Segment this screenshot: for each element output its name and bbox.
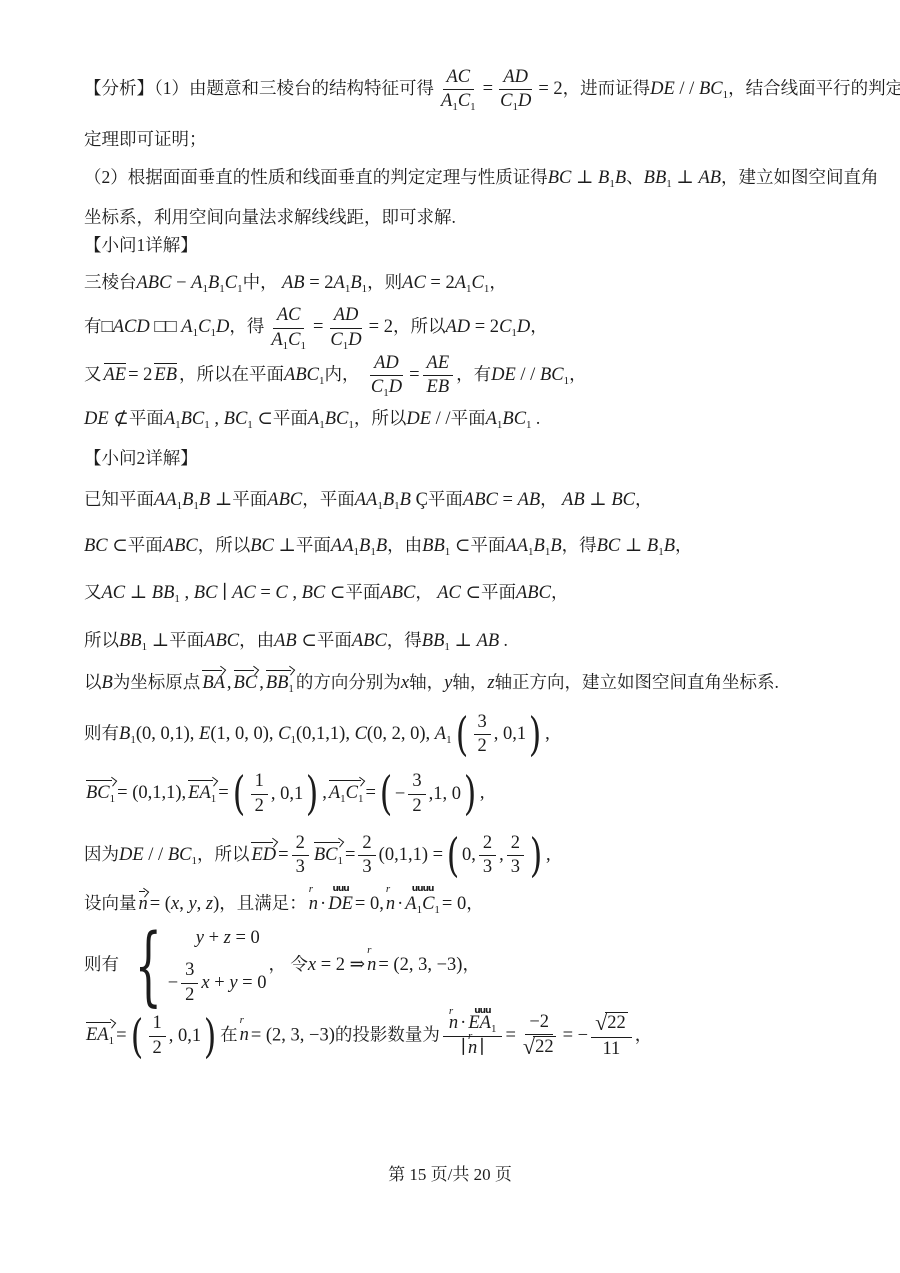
math-letters: B: [598, 168, 609, 188]
denominator: EB: [423, 376, 454, 398]
math-letters: ABC: [284, 365, 319, 385]
text: ，且满足：: [219, 893, 307, 913]
math-symbols: ·: [397, 894, 403, 914]
math-run: ,: [227, 673, 232, 693]
math-letters: ABC: [267, 490, 302, 510]
math-letters: BC: [250, 536, 274, 556]
math-letters: ACD: [113, 317, 150, 337]
text: 平面: [451, 408, 486, 428]
math-letters: C: [458, 91, 470, 111]
system-row: −32x + y = 0: [168, 960, 267, 1006]
subscript: 1: [211, 793, 217, 805]
math-letters: A: [455, 273, 466, 293]
vector-broken-uuur: uuuuA1C1: [405, 891, 440, 917]
vector-arrow-icon: [251, 838, 276, 847]
denominator: A1C1: [267, 329, 310, 351]
denominator: √22: [519, 1035, 560, 1060]
numerator: 2: [358, 833, 375, 856]
vector-base: EA1: [86, 1024, 114, 1044]
math-run: −2: [529, 1012, 549, 1032]
numerator: AD: [330, 305, 363, 328]
math-letters: C: [422, 894, 434, 914]
math-symbols: = −: [563, 1025, 589, 1045]
math-letters: A: [435, 724, 446, 744]
math-symbols: 3: [478, 712, 487, 732]
math-run: ·: [460, 1013, 466, 1033]
math-run: =: [116, 1025, 126, 1045]
text: 平面: [128, 535, 163, 555]
math-symbols: +: [204, 928, 224, 948]
sol2-line-2: BC ⊂平面ABC，所以BC ⊥平面AA1B1B，由BB1 ⊂平面AA1B1B，…: [84, 533, 860, 559]
text: ，则: [367, 272, 402, 292]
math-symbols: ⊥: [125, 583, 152, 603]
math-letters: n: [367, 955, 376, 975]
paren-content: 12, 0,1: [248, 771, 304, 817]
math-letters: A: [308, 409, 319, 429]
math-symbols: =: [409, 365, 419, 385]
math-letters: EB: [154, 365, 177, 385]
fraction: 32: [181, 960, 198, 1006]
math-letters: A: [191, 273, 202, 293]
math-symbols: = 2: [305, 273, 334, 293]
broken-arrow-r-icon: r: [309, 885, 318, 894]
math-letters: BC: [314, 845, 338, 865]
math-symbols: 1: [255, 771, 264, 791]
math-letters: B: [383, 490, 394, 510]
math-run: BC1: [314, 845, 343, 865]
fraction: ACA1C1: [267, 305, 310, 351]
vector: BB1: [266, 670, 294, 696]
text: ，所以: [198, 535, 251, 555]
math-run: 1: [153, 1013, 162, 1033]
math-letters: C: [346, 783, 358, 803]
math-letters: x: [401, 673, 409, 693]
vector-broken-r: rn: [386, 891, 395, 917]
subquestion-1-header: 【小问1详解】: [84, 233, 860, 258]
text: 在: [220, 1024, 238, 1044]
math-symbols: 2: [153, 1038, 162, 1058]
math-run: 2: [412, 796, 421, 816]
math-run: BC ⊥ B1B: [597, 536, 675, 556]
math-run: AE: [104, 365, 127, 385]
math-run: ABC: [204, 631, 239, 651]
close-paren: ): [530, 835, 543, 876]
math-symbols: ,: [227, 673, 232, 693]
math-run: BB1: [266, 673, 294, 693]
math-run: −: [168, 971, 178, 996]
vector-broken-r: rn: [449, 1013, 458, 1034]
math-letters: AB: [562, 490, 585, 510]
math-symbols: (0,1,1),: [296, 724, 355, 744]
vector: n: [139, 891, 148, 917]
sol2-line-7: BC1= (0,1,1),EA1=(12, 0,1),A1C1=(−32,1, …: [84, 771, 860, 817]
text: ，建立如图空间直角: [721, 167, 879, 187]
math-letters: AA: [505, 536, 528, 556]
math-letters: BC: [168, 845, 192, 865]
vector-arrow-icon: [234, 666, 258, 675]
math-run: (0,1,1) =: [379, 845, 443, 865]
math-symbols: =: [366, 783, 376, 803]
sol2-line-6: 则有B1(0, 0,1), E(1, 0, 0), C1(0,1,1), C(0…: [84, 712, 860, 758]
math-symbols: 3: [185, 960, 194, 980]
math-letters: BC: [325, 409, 349, 429]
numerator: −2: [525, 1012, 553, 1035]
math-letters: BC: [302, 583, 326, 603]
math-symbols: 3: [412, 771, 421, 791]
math-run: B: [102, 673, 113, 693]
math-letters: AC: [447, 67, 471, 87]
math-run: DE / / BC1: [650, 79, 728, 99]
math-run: B1(0, 0,1), E(1, 0, 0), C1(0,1,1), C(0, …: [119, 724, 452, 744]
text: ，: [675, 535, 693, 555]
text: 【小问2详解】: [84, 448, 198, 468]
math-letters: B: [664, 536, 675, 556]
math-run: BC ⊂: [84, 536, 128, 556]
text: ，: [462, 954, 480, 974]
math-letters: DE: [119, 845, 144, 865]
math-letters: E: [199, 724, 210, 744]
math-letters: BB: [422, 631, 445, 651]
text: ，得: [229, 316, 264, 336]
math-letters: x: [201, 973, 209, 993]
math-symbols: = 2: [128, 365, 152, 385]
math-letters: AE: [427, 353, 450, 373]
vector-base: DE: [328, 893, 353, 913]
math-letters: DE: [84, 409, 109, 429]
math-run: AC: [447, 67, 471, 87]
math-letters: AD: [374, 353, 399, 373]
math-symbols: 2: [511, 833, 520, 853]
math-run: 11: [602, 1039, 620, 1059]
paren-content: −32,1, 0: [395, 771, 461, 817]
text: ，: [569, 364, 587, 384]
text: ，: [635, 1024, 653, 1044]
math-run: = (2, 3, −3): [251, 1025, 335, 1045]
text: 【小问1详解】: [84, 235, 198, 255]
subscript: 1: [300, 340, 306, 352]
math-symbols: ∣: [217, 583, 232, 603]
math-run: AC ⊂: [437, 583, 481, 603]
math-run: ABC: [352, 631, 387, 651]
numerator: AC: [273, 305, 305, 328]
math-letters: C: [288, 330, 300, 350]
math-letters: BC: [597, 536, 621, 556]
text: 设向量: [84, 893, 137, 913]
math-run: , 0,1: [494, 722, 526, 747]
math-letters: y: [188, 894, 196, 914]
vector-base: n: [240, 1024, 249, 1044]
math-symbols: 3: [296, 857, 305, 877]
open-paren: (: [232, 773, 245, 814]
math-letters: C: [198, 317, 210, 337]
vector-base: n: [139, 893, 148, 913]
fraction: ADC1D: [326, 305, 365, 351]
text: 平面: [470, 535, 505, 555]
math-run: =: [505, 1025, 515, 1045]
vector-base: ED: [251, 844, 276, 864]
sol2-line-11: EA1=(12, 0,1)在rn= (2, 3, −3)的投影数量为rn·uuu…: [84, 1012, 860, 1061]
denominator: ∣rn∣: [457, 1037, 489, 1059]
math-run: DE / / BC1: [491, 365, 569, 385]
math-letters: C: [330, 330, 342, 350]
math-run: 2: [478, 736, 487, 756]
math-symbols: ,: [546, 845, 551, 865]
math-symbols: / /: [431, 409, 451, 429]
math-letters: ABC: [516, 583, 551, 603]
text: 的投影数量为: [335, 1024, 440, 1044]
math-letters: ABC: [463, 490, 498, 510]
text: ，: [530, 316, 548, 336]
math-run: EA1: [188, 783, 216, 803]
math-symbols: ⊄: [109, 409, 129, 429]
text: 定理即可证明；: [84, 129, 207, 149]
math-letters: BC: [540, 365, 564, 385]
math-letters: C: [500, 91, 512, 111]
math-run: DE / /: [406, 409, 450, 429]
math-run: DE ⊄: [84, 409, 129, 429]
system-rows: y + z = 0−32x + y = 0: [168, 926, 267, 1006]
vector-base: n: [386, 893, 395, 913]
math-letters: A: [271, 330, 282, 350]
math-run: = (2, 3, −3): [378, 955, 462, 975]
math-letters: n: [309, 894, 318, 914]
math-symbols: ⊥: [672, 168, 699, 188]
math-run: BC ⊥: [250, 536, 296, 556]
math-run: 3: [483, 857, 492, 877]
math-symbols: 2: [412, 796, 421, 816]
text: ，: [635, 489, 653, 509]
broken-arrow-r-icon: r: [240, 1016, 249, 1025]
math-letters: n: [139, 894, 148, 914]
text: 已知平面: [84, 489, 154, 509]
vector-broken-r: rn: [367, 952, 376, 978]
math-run: ,: [546, 845, 551, 865]
math-letters: BC: [699, 79, 723, 99]
denominator: 11: [598, 1038, 624, 1060]
paren-content: 12, 0,1: [146, 1013, 202, 1059]
math-symbols: 11: [602, 1039, 620, 1059]
math-symbols: = 0: [442, 894, 466, 914]
math-letters: C: [499, 317, 511, 337]
math-letters: C: [355, 724, 367, 744]
denominator: 2: [474, 735, 491, 757]
math-letters: ABC: [163, 536, 198, 556]
math-letters: AB: [698, 168, 721, 188]
square-root: √22: [523, 1036, 556, 1058]
math-symbols: , 0,1: [494, 724, 526, 744]
math-letters: AC: [277, 305, 301, 325]
math-letters: BC: [194, 583, 218, 603]
subscript: 1: [446, 734, 452, 746]
denominator: 3: [358, 856, 375, 878]
numerator: 3: [181, 960, 198, 983]
math-run: A1C1: [405, 894, 440, 914]
math-run: AD: [503, 67, 528, 87]
math-letters: D: [517, 317, 530, 337]
math-letters: B: [102, 673, 113, 693]
vector-arrow-icon: [188, 776, 216, 785]
math-letters: AE: [104, 365, 127, 385]
math-run: =: [345, 845, 355, 865]
math-run: ,: [480, 783, 485, 803]
fraction: 32: [408, 771, 425, 817]
math-letters: C: [371, 377, 383, 397]
math-symbols: =: [505, 1025, 515, 1045]
math-run: n: [240, 1025, 249, 1045]
math-letters: B: [647, 536, 658, 556]
brace-icon: {: [135, 930, 162, 1003]
fraction: 23: [292, 833, 309, 879]
math-run: , 0,1: [271, 782, 303, 807]
math-run: A1BC1: [486, 409, 532, 429]
math-symbols: 3: [483, 857, 492, 877]
math-run: n: [367, 955, 376, 975]
broken-arrow-r-icon: r: [449, 1007, 458, 1016]
radicand: 22: [533, 1036, 556, 1058]
math-symbols: (0,1,1) =: [379, 845, 443, 865]
math-symbols: ,: [180, 583, 194, 603]
vector-base: EA1: [188, 782, 216, 802]
math-run: = −: [563, 1025, 589, 1045]
math-letters: D: [348, 330, 361, 350]
text: 则有: [84, 954, 119, 974]
math-run: 0,: [462, 843, 476, 868]
denominator: 2: [149, 1037, 166, 1059]
fraction: 23: [358, 833, 375, 879]
denominator: 2: [408, 795, 425, 817]
math-symbols: −2: [529, 1012, 549, 1032]
math-run: ED: [251, 845, 276, 865]
vector-base: n: [309, 893, 318, 913]
math-run: z: [487, 673, 494, 693]
denominator: 2: [181, 984, 198, 1006]
math-letters: AB: [282, 273, 305, 293]
text: ， 令: [268, 954, 307, 974]
math-symbols: ⊥: [210, 490, 232, 510]
vector-arrow-icon: [329, 776, 364, 785]
math-run: BC ⊥ B1B: [548, 168, 626, 188]
math-symbols: 3: [362, 857, 371, 877]
numerator: 2: [292, 833, 309, 856]
close-paren: ): [306, 773, 319, 814]
math-run: , 0,1: [169, 1024, 201, 1049]
math-run: BC: [234, 673, 258, 693]
math-run: = 2: [538, 79, 562, 99]
math-symbols: = (0,1,1),: [117, 783, 186, 803]
math-letters: BC: [181, 409, 205, 429]
math-letters: AD: [334, 305, 359, 325]
denominator: C1D: [367, 376, 406, 398]
math-symbols: = 2: [369, 317, 393, 337]
open-paren: (: [447, 835, 460, 876]
math-run: 2: [296, 833, 305, 853]
parenthesized-group: (12, 0,1): [230, 771, 322, 817]
math-symbols: ,: [197, 894, 206, 914]
math-symbols: ·: [460, 1013, 466, 1033]
math-symbols: ⊥: [274, 536, 296, 556]
math-run: 3: [412, 771, 421, 791]
vector-base: EA1: [468, 1013, 496, 1033]
vector-base: BC: [234, 672, 258, 692]
text: ，: [466, 893, 484, 913]
math-symbols: 2: [296, 833, 305, 853]
math-letters: AC: [402, 273, 426, 293]
math-symbols: ,: [210, 409, 224, 429]
math-run: = (0,1,1),: [117, 783, 186, 803]
fraction: −2√22: [519, 1012, 560, 1061]
text: 平面: [317, 630, 352, 650]
text: ，所以在平面: [179, 364, 284, 384]
math-run: A1BC1 , BC1 ⊂: [164, 409, 273, 429]
radicand: 22: [605, 1012, 628, 1034]
math-letters: B: [359, 536, 370, 556]
math-symbols: 3: [511, 857, 520, 877]
math-symbols: ⊥: [571, 168, 598, 188]
document-page: 【分析】（1）由题意和三棱台的结构特征可得ACA1C1=ADC1D= 2，进而证…: [0, 0, 900, 1273]
math-letters: AA: [154, 490, 177, 510]
denominator: 2: [251, 795, 268, 817]
math-run: 3: [296, 857, 305, 877]
text: 平面: [273, 408, 308, 428]
math-run: AB = 2A1B1: [282, 273, 367, 293]
math-symbols: = 0: [231, 928, 260, 948]
text: 三棱台: [84, 272, 137, 292]
math-run: ABC1: [284, 365, 324, 385]
numerator: √22: [591, 1012, 632, 1038]
parenthesized-group: (−32,1, 0): [377, 771, 479, 817]
math-run: 3: [362, 857, 371, 877]
math-run: ·: [397, 894, 403, 914]
math-run: 2: [185, 985, 194, 1005]
text: 轴，: [409, 672, 444, 692]
math-symbols: , 0,1: [271, 784, 303, 804]
math-letters: AB: [274, 631, 297, 651]
text: 有: [84, 316, 102, 336]
math-symbols: 0,: [462, 845, 476, 865]
math-letters: C: [275, 583, 287, 603]
math-run: AB ⊂: [274, 631, 317, 651]
vector-base: A1C1: [405, 893, 440, 913]
math-letters: AB: [477, 631, 500, 651]
system-row: y + z = 0: [168, 926, 267, 951]
math-symbols: (0, 2, 0),: [367, 724, 435, 744]
math-run: BB1 ⊥: [119, 631, 169, 651]
text: 平面: [481, 582, 516, 602]
vector-arrow-icon: [266, 666, 294, 675]
text: .: [532, 408, 541, 428]
numerator: AD: [499, 67, 532, 90]
sol2-line-1: 已知平面AA1B1B ⊥平面ABC，平面AA1B1B Ç平面ABC = AB， …: [84, 487, 860, 513]
math-run: =: [313, 317, 323, 337]
math-run: C1D: [330, 330, 361, 350]
math-symbols: = 2: [538, 79, 562, 99]
vector-broken-r: rn: [309, 891, 318, 917]
text: 【分析】（1）由题意和三棱台的结构特征可得: [84, 78, 434, 98]
subscript: 1: [358, 793, 364, 805]
text: .: [499, 630, 508, 650]
math-symbols: ⊂: [450, 536, 470, 556]
broken-arrow-uuur-icon: uuu: [468, 1007, 496, 1016]
open-paren: (: [455, 714, 468, 755]
math-run: ,: [545, 724, 550, 744]
broken-arrow-r-icon: r: [468, 1032, 477, 1041]
open-paren: (: [380, 773, 393, 814]
math-symbols: =: [483, 79, 493, 99]
subscript: 1: [337, 855, 343, 867]
vector-arrow-icon: [314, 838, 343, 847]
math-symbols: 2: [483, 833, 492, 853]
analysis-line-4: 坐标系，利用空间向量法求解线线距，即可求解.: [84, 205, 860, 230]
